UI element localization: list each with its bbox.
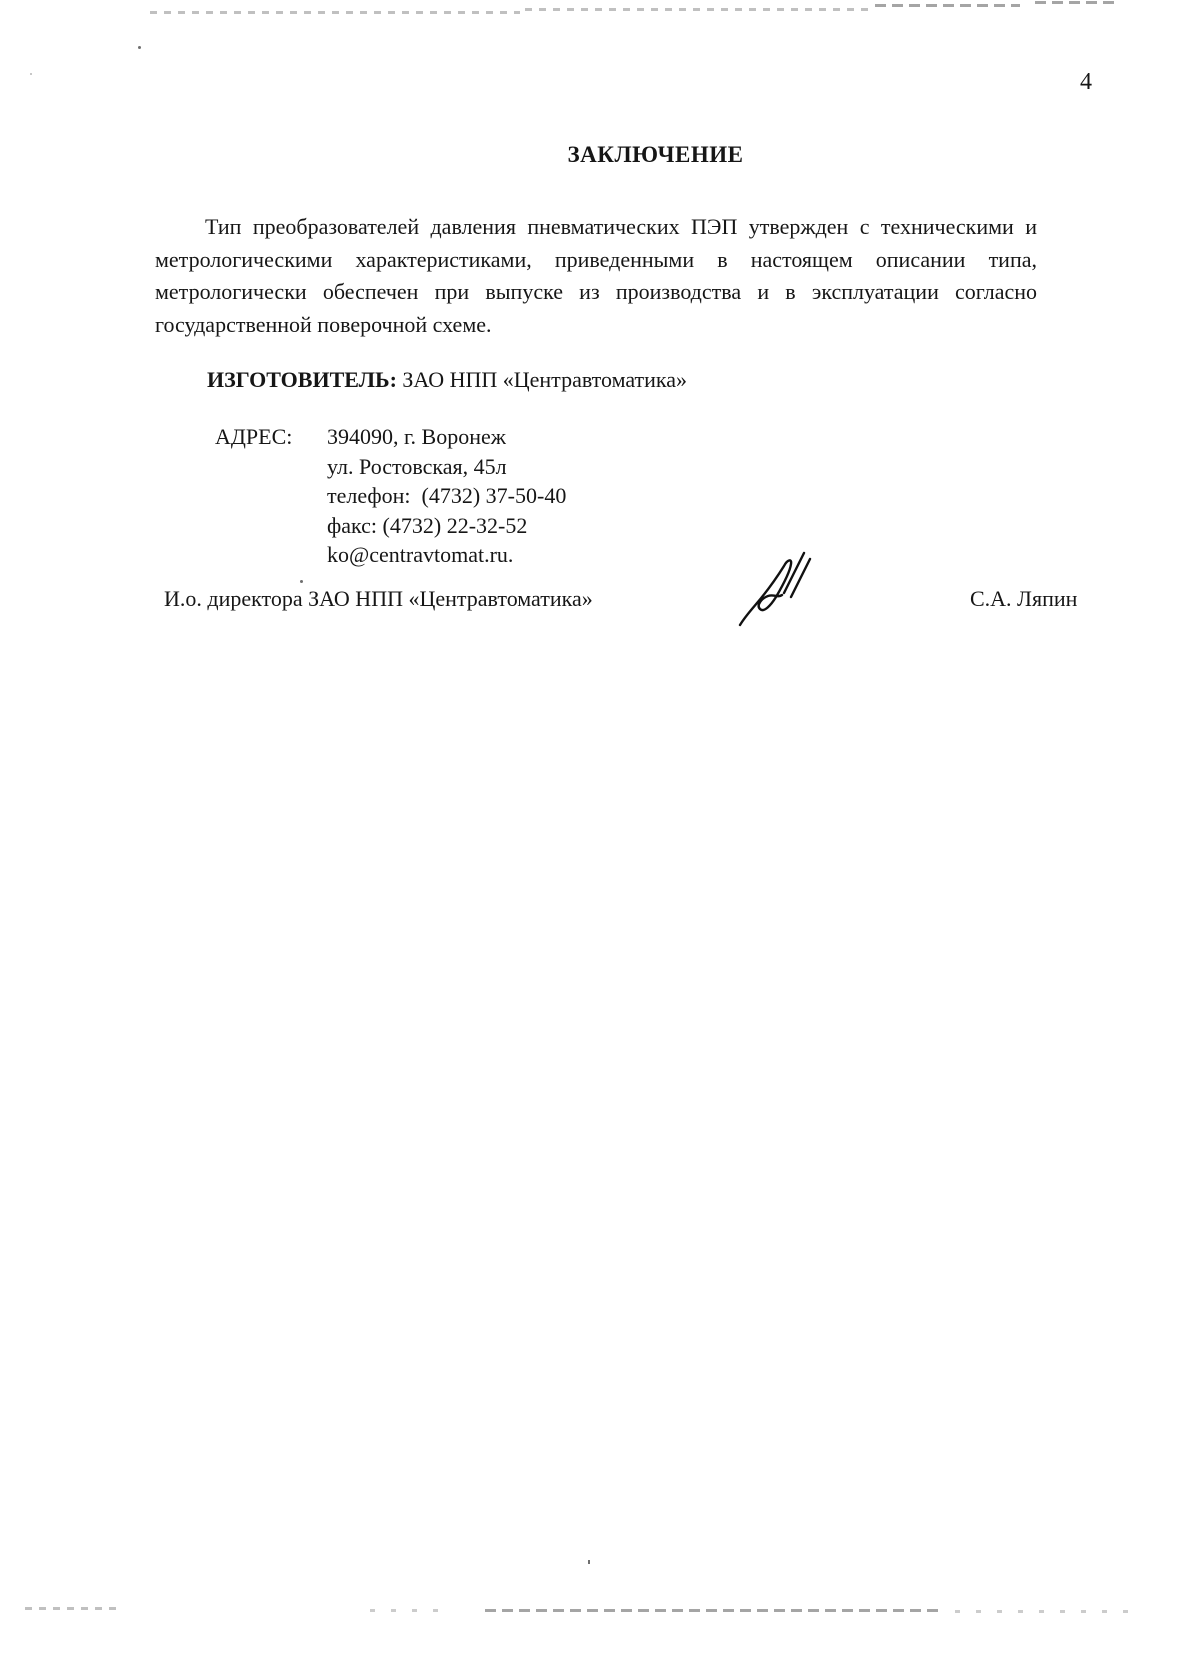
signature-stroke [784, 553, 804, 593]
address-postal-city: 394090, г. Воронеж [327, 422, 566, 452]
page-number: 4 [1080, 68, 1092, 96]
scan-artifact-bottom [370, 1609, 440, 1612]
scan-artifact-top-right [875, 4, 1020, 7]
scan-artifact-top-left [150, 11, 520, 14]
paragraph-line: государственной поверочной схеме. [155, 309, 1037, 342]
scan-speck [30, 73, 32, 75]
manufacturer-value: ЗАО НПП «Центравтоматика» [397, 367, 687, 392]
address-lines: 394090, г. Воронеж ул. Ростовская, 45л т… [327, 422, 566, 570]
scan-speck [588, 1560, 590, 1564]
conclusion-paragraph: Тип преобразователей давления пневматиче… [155, 211, 1037, 341]
paragraph-line: метрологически обеспечен при выпуске из … [155, 276, 1037, 309]
paragraph-line: Тип преобразователей давления пневматиче… [155, 211, 1037, 244]
address-fax: факс: (4732) 22-32-52 [327, 511, 566, 541]
manufacturer-label: ИЗГОТОВИТЕЛЬ: [207, 367, 397, 392]
scan-speck [138, 46, 141, 49]
paragraph-line: метрологическими характеристиками, приве… [155, 244, 1037, 277]
address-block: АДРЕС: 394090, г. Воронеж ул. Ростовская… [215, 422, 566, 570]
scanned-document-page: 4 ЗАКЛЮЧЕНИЕ Тип преобразователей давлен… [0, 0, 1191, 1663]
scan-artifact-bottom-left [25, 1607, 120, 1610]
scan-artifact-top-middle [525, 8, 870, 11]
address-phone: телефон: (4732) 37-50-40 [327, 481, 566, 511]
handwritten-signature [733, 546, 817, 632]
scan-artifact-bottom-middle [485, 1609, 940, 1612]
address-email: ko@centravtomat.ru. [327, 540, 566, 570]
section-title: ЗАКЛЮЧЕНИЕ [60, 141, 1191, 169]
manufacturer-line: ИЗГОТОВИТЕЛЬ: ЗАО НПП «Центравтоматика» [207, 366, 687, 394]
address-label: АДРЕС: [215, 422, 292, 452]
signature-stroke [791, 559, 810, 597]
scan-artifact-top-corner [1035, 1, 1115, 4]
scan-speck [300, 580, 303, 583]
scan-artifact-bottom-right [955, 1610, 1135, 1613]
signoff-name: С.А. Ляпин [970, 585, 1077, 613]
address-street: ул. Ростовская, 45л [327, 452, 566, 482]
signoff-position: И.о. директора ЗАО НПП «Центравтоматика» [164, 585, 593, 613]
